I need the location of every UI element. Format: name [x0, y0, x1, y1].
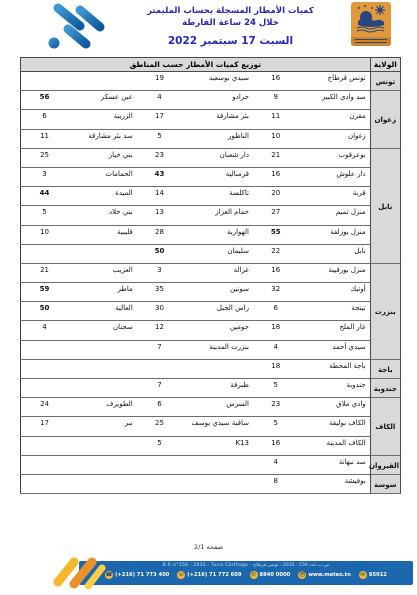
- rain-value-cell: 16: [253, 72, 298, 91]
- place-name-cell: قرمبالية: [182, 167, 253, 186]
- place-name-cell: الهوارية: [182, 225, 253, 244]
- rain-value-cell: 56: [21, 91, 69, 110]
- place-name-cell: بوفيشة: [298, 474, 370, 493]
- footer-callcenter: ✆ 8840 0000: [250, 571, 291, 579]
- rain-value-cell: 24: [21, 398, 69, 417]
- table-row: منزل تميم27حمام الغزاز13بني خلاد5: [21, 206, 401, 225]
- footer-phone-number: (+216) 71 773 400: [115, 572, 169, 578]
- table-row: نابل22سليمان50: [21, 244, 401, 263]
- region-cell: باجة: [370, 359, 400, 378]
- place-name-cell: نبر: [68, 417, 137, 436]
- table-row: جندوبةجندوبة5طبرقة7: [21, 379, 401, 398]
- rain-value-cell: 5: [253, 379, 298, 398]
- place-name-cell: [182, 359, 253, 378]
- footer-website[interactable]: ⓦ www.meteo.tn: [298, 571, 351, 579]
- region-cell: الكاف: [370, 398, 400, 456]
- rain-value-cell: 11: [253, 110, 298, 129]
- footer-fax-number: (+216) 71 772 609: [187, 572, 241, 578]
- footer-fax: ☏ (+216) 71 772 609: [177, 571, 241, 579]
- place-name-cell: العالية: [68, 302, 137, 321]
- footer-phone: ☎ (+216) 71 773 400: [105, 571, 169, 579]
- rain-value-cell: 20: [253, 187, 298, 206]
- table-header-row: الولاية توزيع كميات الأمطار حسب المناطق: [21, 58, 401, 72]
- table-row: الكافوادي ملاق23السرس6الطويرف24: [21, 398, 401, 417]
- meteo-blue-stripes-logo-icon: [24, 2, 110, 52]
- place-name-cell: تينجة: [298, 302, 370, 321]
- rain-value-cell: [137, 359, 182, 378]
- region-cell: نابل: [370, 148, 400, 263]
- place-name-cell: دار شعبان: [182, 148, 253, 167]
- rain-value-cell: [137, 474, 182, 493]
- rain-value-cell: 9: [253, 91, 298, 110]
- inm-logo-caption-band: [351, 37, 391, 46]
- footer-yellow-deco-icon: [48, 552, 110, 592]
- place-name-cell: سونين: [182, 283, 253, 302]
- place-name-cell: وادي ملاق: [298, 398, 370, 417]
- table-row: دار علوش16قرمبالية43الحمامات3: [21, 167, 401, 186]
- place-name-cell: جومين: [182, 321, 253, 340]
- table-row: بنزرتمنزل بورقيبة16غزالة3العزيب21: [21, 263, 401, 282]
- table-row: أوتيك32سونين35ماطر59: [21, 283, 401, 302]
- page-footer-bar: B.P. n°156 - 2035 - Tunis Carthage - ص.ب…: [0, 552, 417, 592]
- place-name-cell: [68, 359, 137, 378]
- rain-value-cell: 25: [21, 148, 69, 167]
- rain-table-body: تونستونس قرطاج16سيدي بوسعيد19زغوانسد واد…: [21, 72, 401, 494]
- place-name-cell: ماطر: [68, 283, 137, 302]
- place-name-cell: سجنان: [68, 321, 137, 340]
- footer-postal-code: 85012: [369, 572, 387, 578]
- place-name-cell: تونس قرطاج: [298, 72, 370, 91]
- place-name-cell: السرس: [182, 398, 253, 417]
- place-name-cell: سد وادي الكبير: [298, 91, 370, 110]
- rain-value-cell: 50: [21, 302, 69, 321]
- place-name-cell: [68, 340, 137, 359]
- rain-value-cell: 17: [21, 417, 69, 436]
- footer-blue-bar: B.P. n°156 - 2035 - Tunis Carthage - ص.ب…: [79, 561, 413, 585]
- rain-value-cell: 28: [137, 225, 182, 244]
- place-name-cell: الزريبة: [68, 110, 137, 129]
- place-name-cell: منزل تميم: [298, 206, 370, 225]
- rain-value-cell: 32: [253, 283, 298, 302]
- rain-value-cell: 43: [137, 167, 182, 186]
- place-name-cell: بنزرت المدينة: [182, 340, 253, 359]
- place-name-cell: منزل بوزلفة: [298, 225, 370, 244]
- rain-value-cell: 35: [137, 283, 182, 302]
- rain-value-cell: 10: [21, 225, 69, 244]
- table-row: غار الملح18جومين12سجنان4: [21, 321, 401, 340]
- table-title-header: توزيع كميات الأمطار حسب المناطق: [21, 58, 371, 72]
- rain-value-cell: [21, 379, 69, 398]
- table-row: منزل بوزلفة55الهوارية28قليبية10: [21, 225, 401, 244]
- rain-value-cell: 59: [21, 283, 69, 302]
- table-row: تينجة6راس الجبل30العالية50: [21, 302, 401, 321]
- table-row: زغوان10الناظور5سد بئر مشارقة11: [21, 129, 401, 148]
- page-header: كميات الأمطار المسجلة بحساب المليمتر خلا…: [0, 0, 417, 54]
- place-name-cell: K13: [182, 436, 253, 455]
- rain-value-cell: 23: [253, 398, 298, 417]
- footer-website-url: www.meteo.tn: [308, 572, 351, 578]
- fax-icon: ☏: [177, 571, 185, 579]
- place-name-cell: [68, 436, 137, 455]
- place-name-cell: سد بئر مشارقة: [68, 129, 137, 148]
- rain-value-cell: 5: [21, 206, 69, 225]
- callcenter-icon: ✆: [250, 571, 258, 579]
- rain-value-cell: 23: [137, 148, 182, 167]
- rain-table: الولاية توزيع كميات الأمطار حسب المناطق …: [20, 57, 401, 494]
- place-name-cell: راس الجبل: [182, 302, 253, 321]
- bulletin-date: السبت 17 سبتمبر 2022: [110, 35, 351, 47]
- place-name-cell: الكاف بوليفة: [298, 417, 370, 436]
- rain-value-cell: [21, 359, 69, 378]
- bulletin-title-line2: خلال 24 ساعة الفارطة: [110, 18, 351, 28]
- place-name-cell: جرادو: [182, 91, 253, 110]
- globe-icon: ⓦ: [298, 571, 306, 579]
- table-row: زغوانسد وادي الكبير9جرادو4عين عسكر56: [21, 91, 401, 110]
- rain-value-cell: 44: [21, 187, 69, 206]
- place-name-cell: قليبية: [68, 225, 137, 244]
- rain-value-cell: 6: [21, 110, 69, 129]
- inm-logo-box: [351, 2, 391, 46]
- bulletin-title-line1: كميات الأمطار المسجلة بحساب المليمتر: [110, 6, 351, 16]
- place-name-cell: مقرن: [298, 110, 370, 129]
- rain-value-cell: 25: [137, 417, 182, 436]
- place-name-cell: العزيب: [68, 263, 137, 282]
- table-row: تونستونس قرطاج16سيدي بوسعيد19: [21, 72, 401, 91]
- rain-value-cell: 16: [253, 436, 298, 455]
- place-name-cell: سيدي بوسعيد: [182, 72, 253, 91]
- place-name-cell: دار علوش: [298, 167, 370, 186]
- region-cell: زغوان: [370, 91, 400, 149]
- footer-callcenter-number: 8840 0000: [260, 572, 291, 578]
- place-name-cell: سد نبهانة: [298, 455, 370, 474]
- region-cell: تونس: [370, 72, 400, 91]
- place-name-cell: باجة المحطة: [298, 359, 370, 378]
- mail-icon: ✉: [359, 571, 367, 579]
- region-cell: القيروان: [370, 455, 400, 474]
- rain-value-cell: [137, 455, 182, 474]
- bulletin-title-block: كميات الأمطار المسجلة بحساب المليمتر خلا…: [110, 2, 351, 47]
- table-row: القيروانسد نبهانة4: [21, 455, 401, 474]
- region-column-header: الولاية: [370, 58, 400, 72]
- place-name-cell: منزل بورقيبة: [298, 263, 370, 282]
- rain-value-cell: 10: [253, 129, 298, 148]
- place-name-cell: أوتيك: [298, 283, 370, 302]
- rain-value-cell: [21, 72, 69, 91]
- place-name-cell: [68, 474, 137, 493]
- rain-value-cell: 7: [137, 340, 182, 359]
- table-row: سوسةبوفيشة8: [21, 474, 401, 493]
- rain-value-cell: 6: [253, 302, 298, 321]
- footer-contacts: ☎ (+216) 71 773 400 ☏ (+216) 71 772 609 …: [79, 571, 413, 579]
- place-name-cell: [68, 379, 137, 398]
- rain-value-cell: 4: [253, 340, 298, 359]
- place-name-cell: الميدة: [68, 187, 137, 206]
- place-name-cell: نابل: [298, 244, 370, 263]
- place-name-cell: الكاف المدينة: [298, 436, 370, 455]
- table-row: الكاف المدينة16K135: [21, 436, 401, 455]
- place-name-cell: ساقية سيدي يوسف: [182, 417, 253, 436]
- rain-value-cell: 17: [137, 110, 182, 129]
- page-number: صفحه 2/1: [0, 543, 417, 551]
- footer-address: B.P. n°156 - 2035 - Tunis Carthage - ص.ب…: [79, 563, 413, 568]
- place-name-cell: بني خلاد: [68, 206, 137, 225]
- place-name-cell: الناظور: [182, 129, 253, 148]
- place-name-cell: حمام الغزاز: [182, 206, 253, 225]
- inm-logo: [351, 2, 391, 46]
- place-name-cell: طبرقة: [182, 379, 253, 398]
- rain-value-cell: 14: [137, 187, 182, 206]
- rain-value-cell: 16: [253, 263, 298, 282]
- rain-value-cell: [21, 474, 69, 493]
- region-cell: بنزرت: [370, 263, 400, 359]
- rain-value-cell: 5: [253, 417, 298, 436]
- rain-value-cell: [21, 455, 69, 474]
- rain-value-cell: 3: [21, 167, 69, 186]
- place-name-cell: الحمامات: [68, 167, 137, 186]
- table-wrapper: الولاية توزيع كميات الأمطار حسب المناطق …: [0, 57, 417, 494]
- rain-value-cell: 16: [253, 167, 298, 186]
- inm-emblem-icon: [353, 3, 389, 37]
- rain-value-cell: [21, 436, 69, 455]
- place-name-cell: غار الملح: [298, 321, 370, 340]
- place-name-cell: الطويرف: [68, 398, 137, 417]
- rain-value-cell: 6: [137, 398, 182, 417]
- rainfall-bulletin-page: كميات الأمطار المسجلة بحساب المليمتر خلا…: [0, 0, 417, 595]
- rain-value-cell: 8: [253, 474, 298, 493]
- table-row: الكاف بوليفة5ساقية سيدي يوسف25نبر17: [21, 417, 401, 436]
- table-row: نابلبوعرقوب21دار شعبان23بني خيار25: [21, 148, 401, 167]
- rain-value-cell: 19: [137, 72, 182, 91]
- place-name-cell: جندوبة: [298, 379, 370, 398]
- rain-value-cell: 21: [21, 263, 69, 282]
- rain-value-cell: [21, 340, 69, 359]
- place-name-cell: بوعرقوب: [298, 148, 370, 167]
- place-name-cell: بئر مشارقة: [182, 110, 253, 129]
- region-cell: جندوبة: [370, 379, 400, 398]
- table-row: مقرن11بئر مشارقة17الزريبة6: [21, 110, 401, 129]
- rain-value-cell: 18: [253, 359, 298, 378]
- place-name-cell: قربة: [298, 187, 370, 206]
- place-name-cell: بني خيار: [68, 148, 137, 167]
- table-row: باجةباجة المحطة18: [21, 359, 401, 378]
- rain-value-cell: 30: [137, 302, 182, 321]
- place-name-cell: غزالة: [182, 263, 253, 282]
- rain-value-cell: 21: [253, 148, 298, 167]
- place-name-cell: [68, 244, 137, 263]
- rain-value-cell: 7: [137, 379, 182, 398]
- rain-value-cell: 4: [253, 455, 298, 474]
- region-cell: سوسة: [370, 474, 400, 493]
- place-name-cell: عين عسكر: [68, 91, 137, 110]
- table-row: قربة20تاكلسة14الميدة44: [21, 187, 401, 206]
- place-name-cell: سيدي أحمد: [298, 340, 370, 359]
- rain-value-cell: 4: [21, 321, 69, 340]
- table-row: سيدي أحمد4بنزرت المدينة7: [21, 340, 401, 359]
- rain-value-cell: 12: [137, 321, 182, 340]
- place-name-cell: [68, 455, 137, 474]
- footer-postal: ✉ 85012: [359, 571, 387, 579]
- rain-value-cell: 55: [253, 225, 298, 244]
- place-name-cell: [68, 72, 137, 91]
- rain-value-cell: 27: [253, 206, 298, 225]
- place-name-cell: سليمان: [182, 244, 253, 263]
- rain-value-cell: 3: [137, 263, 182, 282]
- rain-value-cell: 5: [137, 129, 182, 148]
- rain-value-cell: 22: [253, 244, 298, 263]
- rain-value-cell: 4: [137, 91, 182, 110]
- rain-value-cell: 13: [137, 206, 182, 225]
- place-name-cell: زغوان: [298, 129, 370, 148]
- rain-value-cell: 11: [21, 129, 69, 148]
- rain-value-cell: 50: [137, 244, 182, 263]
- place-name-cell: تاكلسة: [182, 187, 253, 206]
- rain-value-cell: 5: [137, 436, 182, 455]
- rain-value-cell: 18: [253, 321, 298, 340]
- place-name-cell: [182, 455, 253, 474]
- rain-value-cell: [21, 244, 69, 263]
- place-name-cell: [182, 474, 253, 493]
